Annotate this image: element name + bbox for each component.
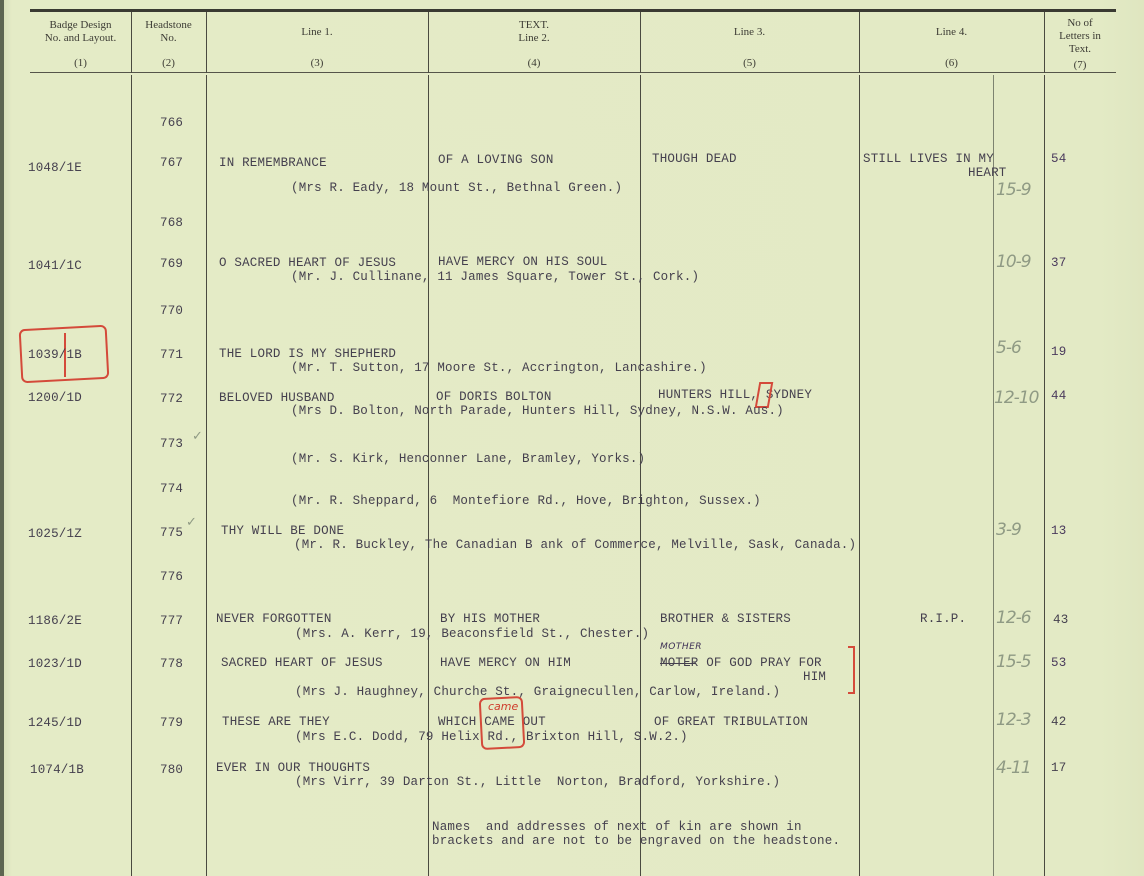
header-line1: Line 1. (3) <box>206 26 428 70</box>
pencil-note: 3-9 <box>996 520 1021 540</box>
text-line4-cont: HEART <box>968 166 1007 180</box>
column-line <box>1044 75 1045 876</box>
next-of-kin: (Mr. R. Sheppard, 6 Montefiore Rd., Hove… <box>291 494 761 508</box>
letters-count: 54 <box>1051 152 1066 166</box>
text-line3-cont: HIM <box>803 670 826 684</box>
next-of-kin: (Mr. J. Cullinane, 11 James Square, Towe… <box>291 270 699 284</box>
letters-count: 13 <box>1051 524 1066 538</box>
text-line2: HAVE MERCY ON HIM <box>440 656 571 670</box>
headstone-no: 779 <box>160 716 183 730</box>
headstone-no: 775 <box>160 526 183 540</box>
headstone-no: 773 <box>160 437 183 451</box>
column-line <box>428 75 429 876</box>
headstone-no: 774 <box>160 482 183 496</box>
text-line3: OF GREAT TRIBULATION <box>654 715 808 729</box>
next-of-kin: (Mrs D. Bolton, North Parade, Hunters Hi… <box>291 404 784 418</box>
headstone-no: 772 <box>160 392 183 406</box>
next-of-kin: (Mrs R. Eady, 18 Mount St., Bethnal Gree… <box>291 181 622 195</box>
header-line4: Line 4. (6) <box>859 26 1044 70</box>
headstone-no: 767 <box>160 156 183 170</box>
header-line3: Line 3. (5) <box>640 26 859 70</box>
text-line2: HAVE MERCY ON HIS SOUL <box>438 255 607 269</box>
column-line <box>206 75 207 876</box>
badge-design: 1186/2E <box>28 614 82 628</box>
headstone-no: 771 <box>160 348 183 362</box>
next-of-kin: (Mr. S. Kirk, Henconner Lane, Bramley, Y… <box>291 452 645 466</box>
headstone-no: 778 <box>160 657 183 671</box>
headstone-no: 769 <box>160 257 183 271</box>
letters-count: 44 <box>1051 389 1066 403</box>
badge-design: 1048/1E <box>28 161 82 175</box>
letters-count: 43 <box>1053 613 1068 627</box>
letters-count: 53 <box>1051 656 1066 670</box>
badge-design: 1041/1C <box>28 259 82 273</box>
headstone-no: 766 <box>160 116 183 130</box>
text-line3: HUNTERS HILL, SYDNEY <box>658 388 812 402</box>
letters-count: 37 <box>1051 256 1066 270</box>
footnote-line1: Names and addresses of next of kin are s… <box>432 820 802 834</box>
text-line2: OF A LOVING SON <box>438 153 554 167</box>
text-line1: THE LORD IS MY SHEPHERD <box>219 347 396 361</box>
strikethrough <box>660 663 696 664</box>
headstone-no: 777 <box>160 614 183 628</box>
header-top-rule <box>30 9 1116 12</box>
pencil-note: 12-3 <box>996 710 1031 730</box>
pencil-sub-line <box>993 75 994 876</box>
check-mark-icon: ✓ <box>186 515 197 530</box>
text-line4: R.I.P. <box>920 612 966 626</box>
pencil-note: 4-11 <box>996 758 1031 778</box>
letters-count: 19 <box>1051 345 1066 359</box>
header-headstone-no: Headstone No. (2) <box>131 19 206 70</box>
next-of-kin: (Mr. R. Buckley, The Canadian B ank of C… <box>294 538 856 552</box>
pencil-note: 10-9 <box>996 252 1031 272</box>
next-of-kin: (Mrs. A. Kerr, 19, Beaconsfield St., Che… <box>295 627 649 641</box>
ledger-page: Badge Design No. and Layout. (1) Headsto… <box>0 0 1144 876</box>
text-line4: STILL LIVES IN MY <box>863 152 994 166</box>
text-line1: NEVER FORGOTTEN <box>216 612 332 626</box>
red-bracket-mark <box>848 646 855 694</box>
next-of-kin: (Mrs J. Haughney, Churche St., Graignecu… <box>295 685 780 699</box>
badge-design: 1039/1B <box>28 348 82 362</box>
pencil-note: 5-6 <box>996 338 1021 358</box>
column-line <box>640 75 641 876</box>
header-letters-count: No of Letters in Text. (7) <box>1044 17 1116 72</box>
letters-count: 42 <box>1051 715 1066 729</box>
letters-count: 17 <box>1051 761 1066 775</box>
badge-design: 1074/1B <box>30 763 84 777</box>
pencil-note: 12-10 <box>994 388 1038 408</box>
header-line2: TEXT. Line 2. (4) <box>428 19 640 70</box>
text-line1: EVER IN OUR THOUGHTS <box>216 761 370 775</box>
pencil-note: 15-5 <box>996 652 1031 672</box>
text-line1: THESE ARE THEY <box>222 715 330 729</box>
header-badge-design: Badge Design No. and Layout. (1) <box>30 19 131 70</box>
check-mark-icon: ✓ <box>192 429 203 444</box>
text-line1: O SACRED HEART OF JESUS <box>219 256 396 270</box>
next-of-kin: (Mrs Virr, 39 Darton St., Little Norton,… <box>295 775 780 789</box>
badge-design: 1200/1D <box>28 391 82 405</box>
headstone-no: 780 <box>160 763 183 777</box>
pencil-note: 15-9 <box>996 180 1031 200</box>
next-of-kin: (Mr. T. Sutton, 17 Moore St., Accrington… <box>291 361 707 375</box>
footnote-line2: brackets and are not to be engraved on t… <box>432 834 840 848</box>
column-line <box>131 75 132 876</box>
text-line1: IN REMEMBRANCE <box>219 156 327 170</box>
badge-design: 1025/1Z <box>28 527 82 541</box>
headstone-no: 770 <box>160 304 183 318</box>
badge-design: 1023/1D <box>28 657 82 671</box>
text-line1: THY WILL BE DONE <box>221 524 344 538</box>
headstone-no: 768 <box>160 216 183 230</box>
text-line1: SACRED HEART OF JESUS <box>221 656 383 670</box>
handwritten-correction: MOTHER <box>660 642 702 652</box>
badge-design: 1245/1D <box>28 716 82 730</box>
text-line3: THOUGH DEAD <box>652 152 737 166</box>
next-of-kin: (Mrs E.C. Dodd, 79 Helix Rd., Brixton Hi… <box>295 730 688 744</box>
pencil-note: 12-6 <box>996 608 1031 628</box>
text-line1: BELOVED HUSBAND <box>219 391 335 405</box>
handwritten-correction: came <box>488 700 518 713</box>
column-line <box>859 75 860 876</box>
headstone-no: 776 <box>160 570 183 584</box>
text-line3: BROTHER & SISTERS <box>660 612 791 626</box>
text-line2: OF DORIS BOLTON <box>436 390 552 404</box>
header-bottom-rule <box>30 72 1116 73</box>
page-edge <box>0 0 4 876</box>
text-line2: BY HIS MOTHER <box>440 612 540 626</box>
